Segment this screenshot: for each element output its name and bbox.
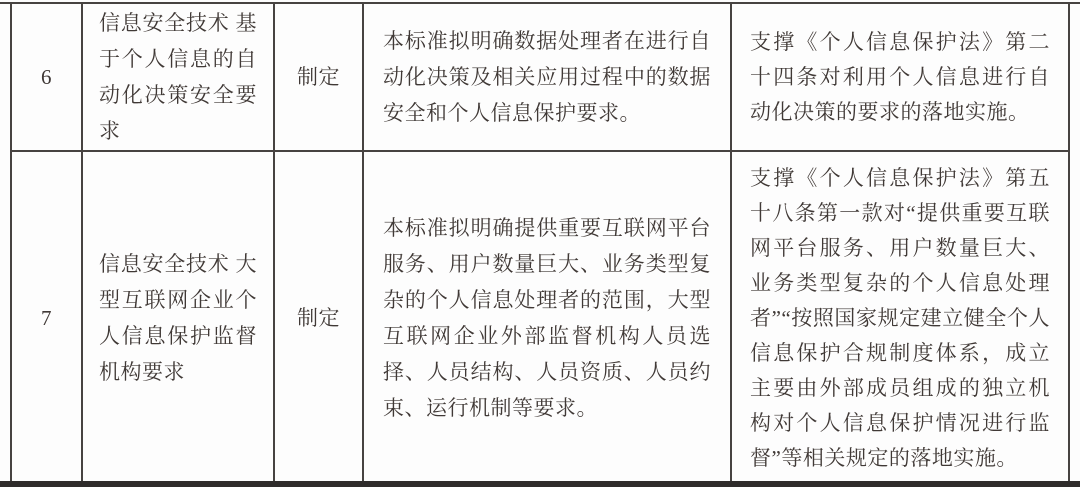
standard-rationale-cell: 支撑《个人信息保护法》第五十八条第一款对“提供重要互联网平台服务、用户数量巨大、…	[731, 151, 1069, 485]
bottom-border-bar	[0, 481, 1080, 487]
standards-table: 6 信息安全技术 基于个人信息的自动化决策安全要求 制定 本标准拟明确数据处理者…	[10, 2, 1070, 486]
table-row: 7 信息安全技术 大型互联网企业个人信息保护监督机构要求 制定 本标准拟明确提供…	[11, 151, 1069, 485]
row-sequence-number: 7	[11, 151, 82, 485]
standards-table-page: 6 信息安全技术 基于个人信息的自动化决策安全要求 制定 本标准拟明确数据处理者…	[0, 0, 1080, 487]
standard-name-cell: 信息安全技术 基于个人信息的自动化决策安全要求	[82, 3, 274, 151]
row-sequence-number: 6	[11, 3, 82, 151]
standard-description-cell: 本标准拟明确数据处理者在进行自动化决策及相关应用过程中的数据安全和个人信息保护要…	[363, 3, 731, 151]
standard-rationale-cell: 支撑《个人信息保护法》第二十四条对利用个人信息进行自动化决策的要求的落地实施。	[731, 3, 1069, 151]
table-row: 6 信息安全技术 基于个人信息的自动化决策安全要求 制定 本标准拟明确数据处理者…	[11, 3, 1069, 151]
standard-name-cell: 信息安全技术 大型互联网企业个人信息保护监督机构要求	[82, 151, 274, 485]
standard-type-cell: 制定	[274, 151, 363, 485]
standard-type-cell: 制定	[274, 3, 363, 151]
standard-description-cell: 本标准拟明确提供重要互联网平台服务、用户数量巨大、业务类型复杂的个人信息处理者的…	[363, 151, 731, 485]
